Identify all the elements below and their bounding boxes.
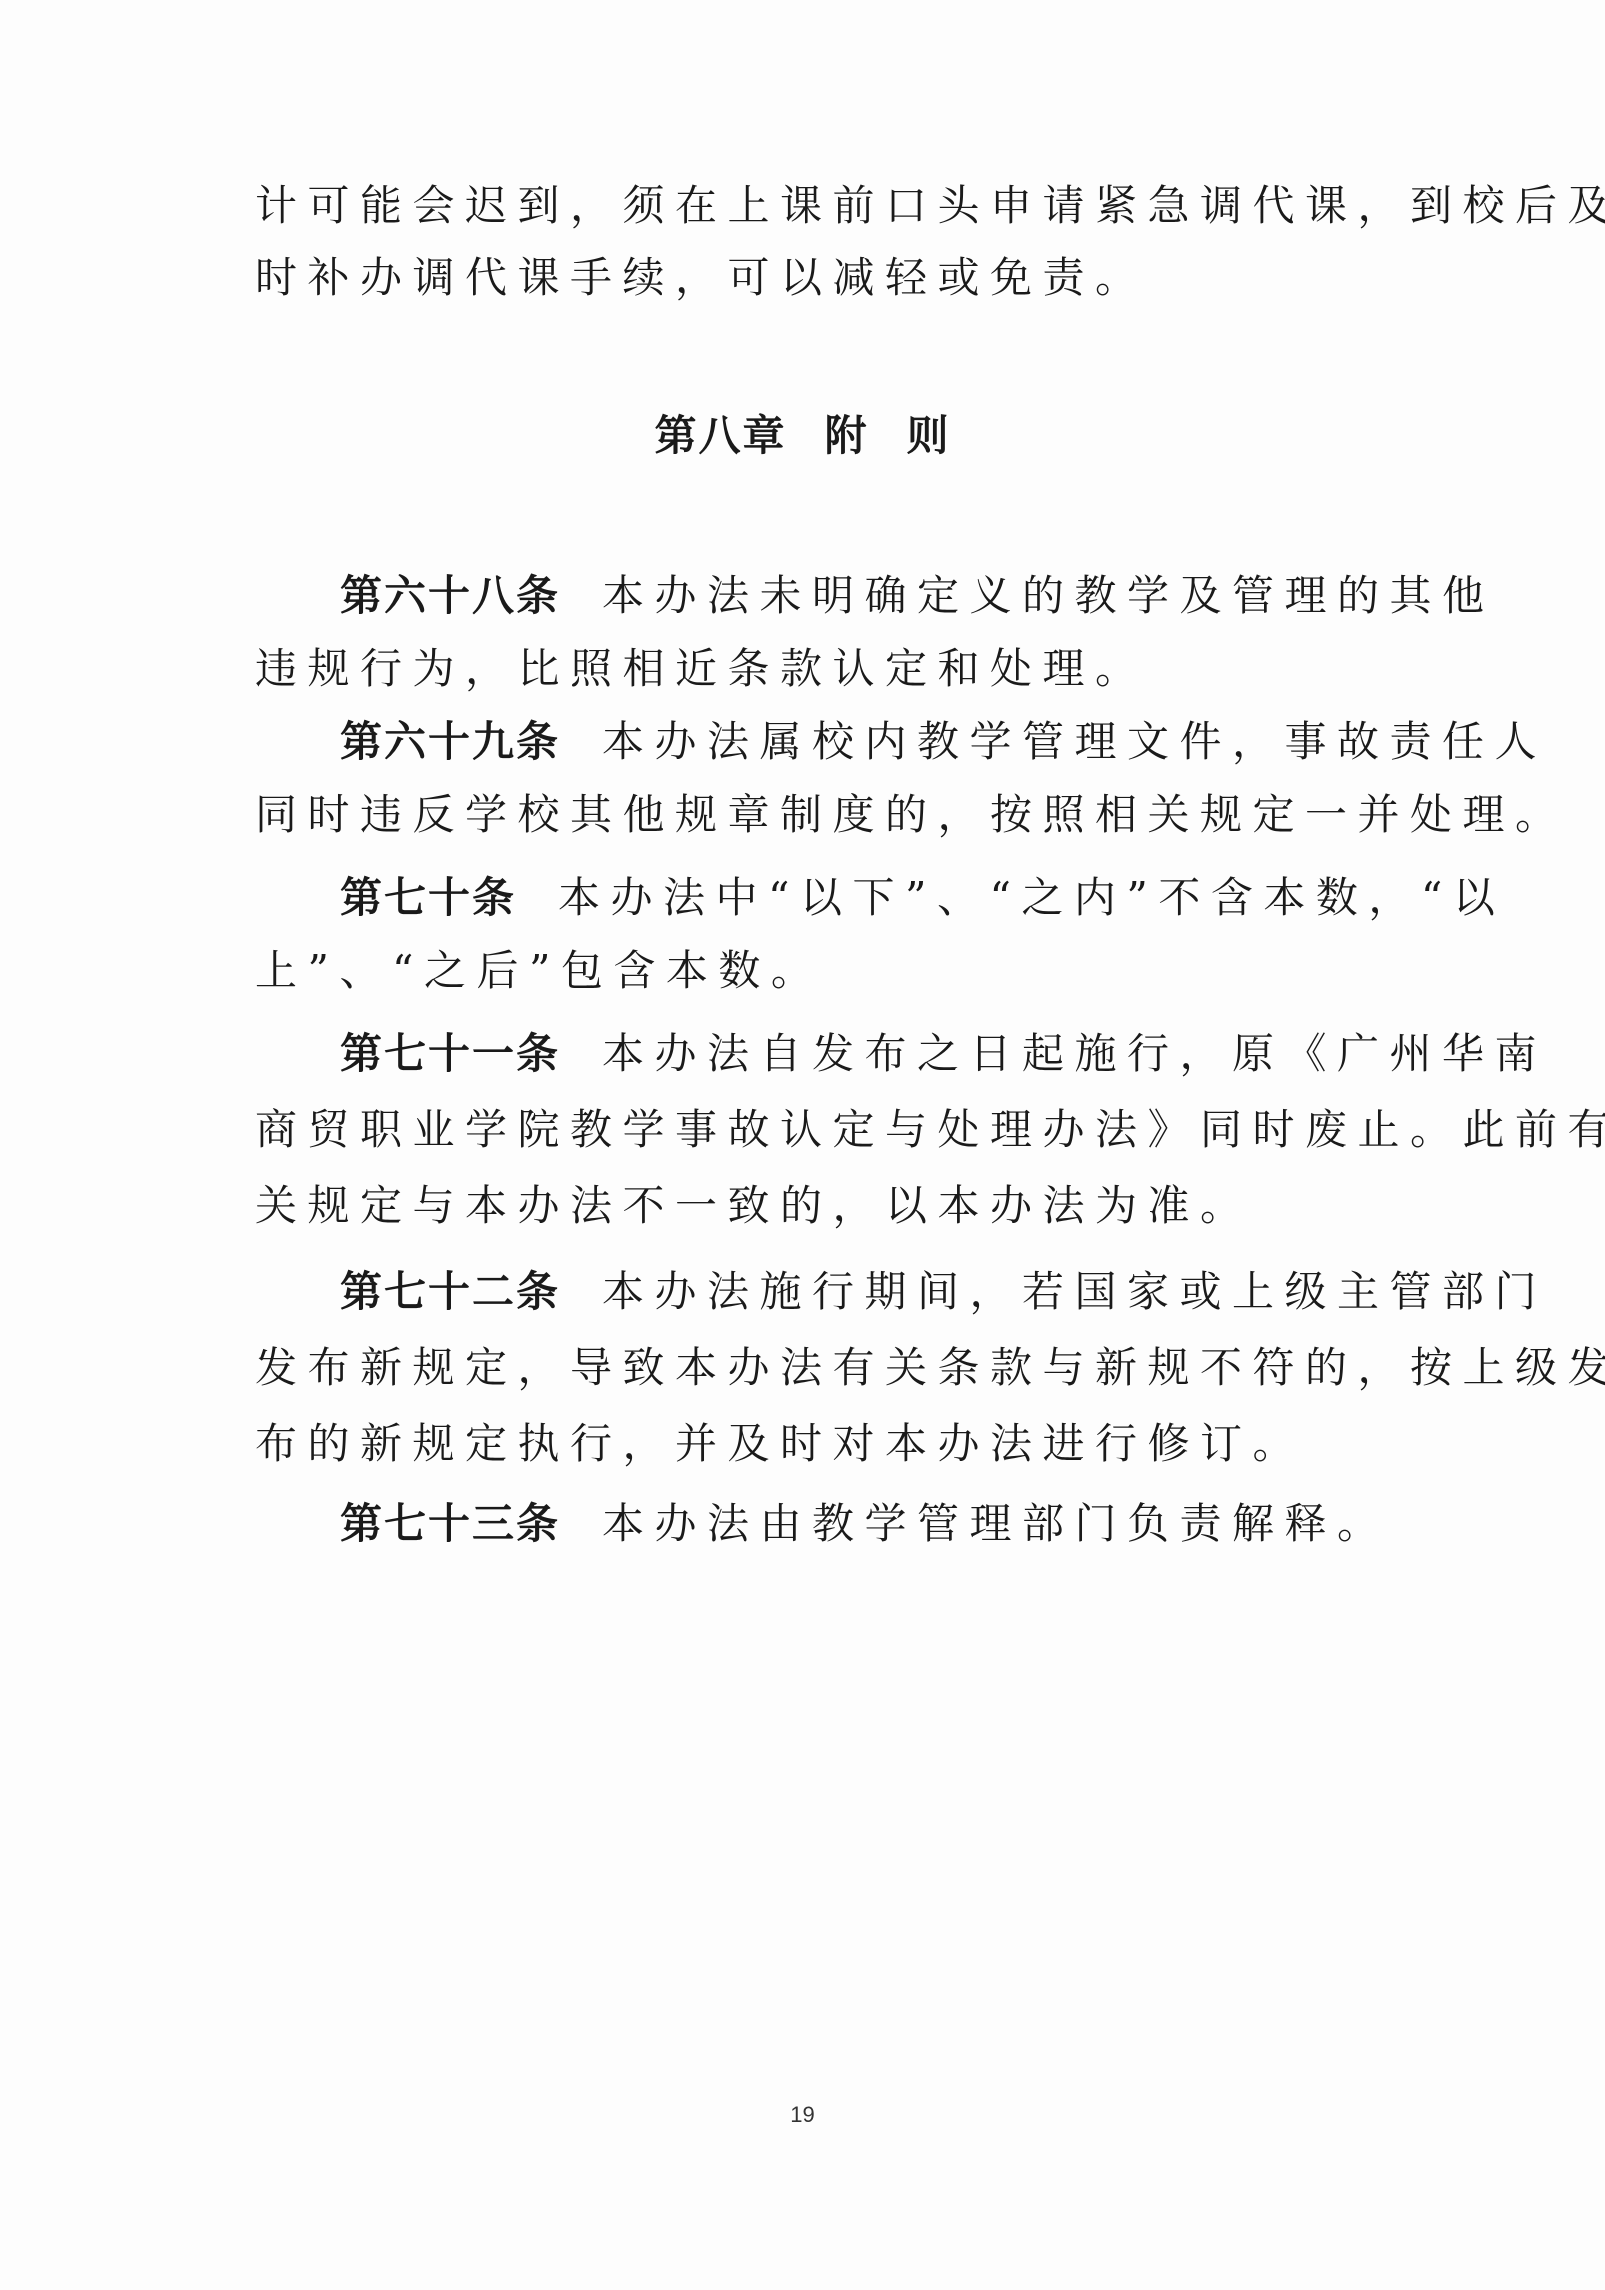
article-70-text: 本办法中“以下”、“之内”不含本数，“以: [558, 873, 1505, 922]
article-69-line-2: 同时违反学校其他规章制度的，按照相关规定一并处理。: [255, 787, 1405, 843]
chapter-number: 第八章: [654, 411, 786, 460]
article-68-title: 第六十八条: [340, 571, 560, 620]
article-73-title: 第七十三条: [340, 1499, 560, 1548]
article-70-first-line: 第七十条本办法中“以下”、“之内”不含本数，“以: [340, 870, 1490, 926]
article-71-line-3: 关规定与本办法不一致的，以本办法为准。: [255, 1178, 1405, 1234]
article-71-text: 本办法自发布之日起施行，原《广州华南: [602, 1029, 1547, 1078]
article-71-first-line: 第七十一条本办法自发布之日起施行，原《广州华南: [340, 1026, 1490, 1082]
article-70-line-2: 上”、“之后”包含本数。: [255, 943, 1405, 999]
article-70-title: 第七十条: [340, 873, 516, 922]
chapter-heading: 第八章附则: [0, 408, 1605, 464]
article-72-text: 本办法施行期间，若国家或上级主管部门: [602, 1267, 1547, 1316]
article-72-line-2: 发布新规定，导致本办法有关条款与新规不符的，按上级发: [255, 1340, 1405, 1396]
document-page: 计可能会迟到，须在上课前口头申请紧急调代课，到校后及 时补办调代课手续，可以减轻…: [0, 0, 1605, 2290]
continuation-line-1: 计可能会迟到，须在上课前口头申请紧急调代课，到校后及: [255, 178, 1405, 234]
article-72-first-line: 第七十二条本办法施行期间，若国家或上级主管部门: [340, 1264, 1490, 1320]
article-73-first-line: 第七十三条本办法由教学管理部门负责解释。: [340, 1496, 1490, 1552]
article-72-title: 第七十二条: [340, 1267, 560, 1316]
article-71-title: 第七十一条: [340, 1029, 560, 1078]
article-69-first-line: 第六十九条本办法属校内教学管理文件，事故责任人: [340, 714, 1490, 770]
article-71-line-2: 商贸职业学院教学事故认定与处理办法》同时废止。此前有: [255, 1102, 1405, 1158]
continuation-line-2: 时补办调代课手续，可以减轻或免责。: [255, 250, 1405, 306]
article-68-text: 本办法未明确定义的教学及管理的其他: [602, 571, 1495, 620]
article-72-line-3: 布的新规定执行，并及时对本办法进行修订。: [255, 1416, 1405, 1472]
page-number: 19: [0, 2102, 1605, 2128]
chapter-title-part1: 附: [824, 411, 868, 460]
article-68-line-2: 违规行为，比照相近条款认定和处理。: [255, 641, 1405, 697]
chapter-title-part2: 则: [907, 411, 951, 460]
article-69-title: 第六十九条: [340, 717, 560, 766]
article-69-text: 本办法属校内教学管理文件，事故责任人: [602, 717, 1547, 766]
article-73-text: 本办法由教学管理部门负责解释。: [602, 1499, 1390, 1548]
article-68-first-line: 第六十八条本办法未明确定义的教学及管理的其他: [340, 568, 1490, 624]
